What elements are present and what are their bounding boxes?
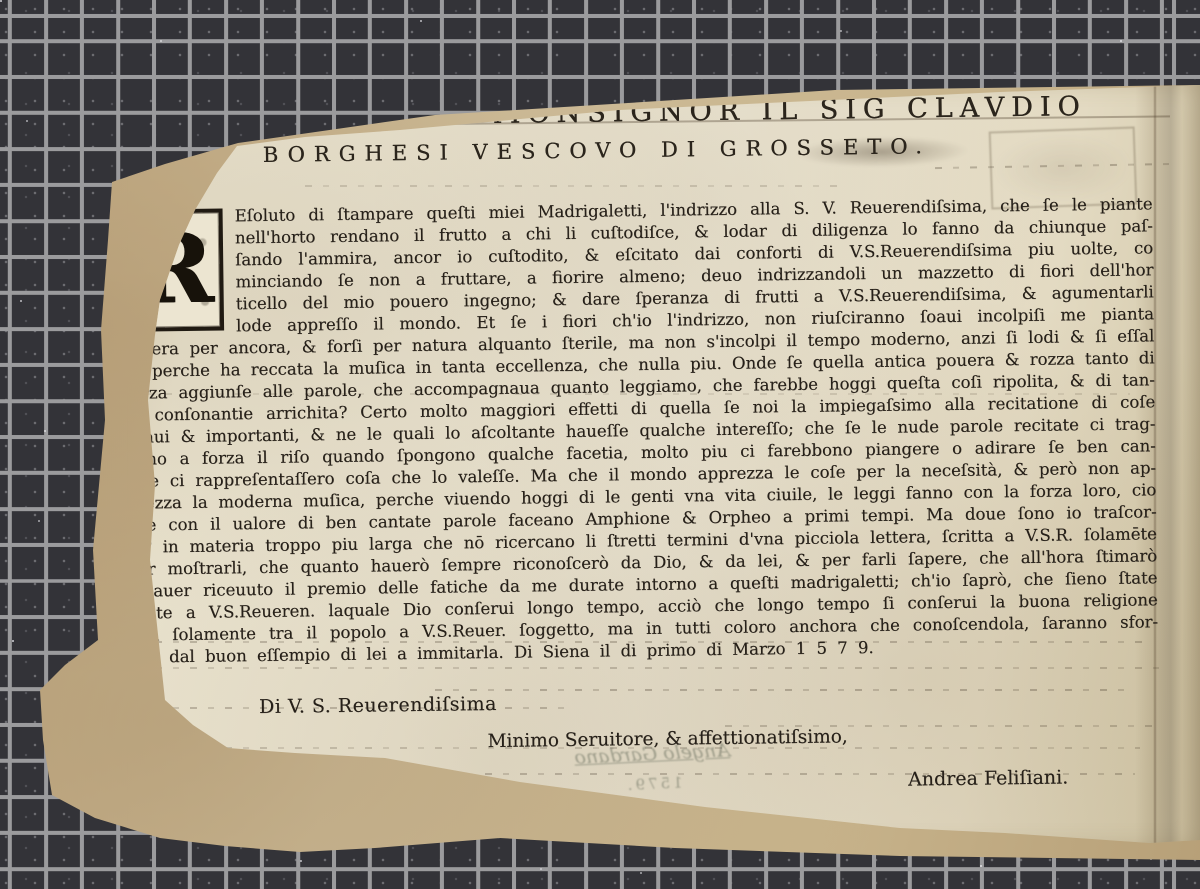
ink-offset-streak [435, 689, 1135, 691]
mat-dust-specks [0, 0, 2, 2]
signature-line: Andrea Feliſiani. [908, 766, 1068, 790]
valediction-line: Di V. S. Reuerendiſsima [259, 693, 497, 718]
ink-offset-streak [120, 667, 1160, 669]
photo-canvas: { "colors": { "mat": "#333338", "grid_li… [0, 0, 1200, 889]
dedication-page: AL REVERENDISS MONSIGNOR IL SIG CLAVDIO … [105, 85, 1200, 845]
body-text: R Eſoluto di ſtampare queſti miei Madrig… [123, 193, 1159, 668]
printed-text-block: AL REVERENDISS MONSIGNOR IL SIG CLAVDIO … [121, 84, 1163, 668]
dedication-title-line2: BORGHESI VESCOVO DI GROSSETO. [122, 132, 1072, 168]
